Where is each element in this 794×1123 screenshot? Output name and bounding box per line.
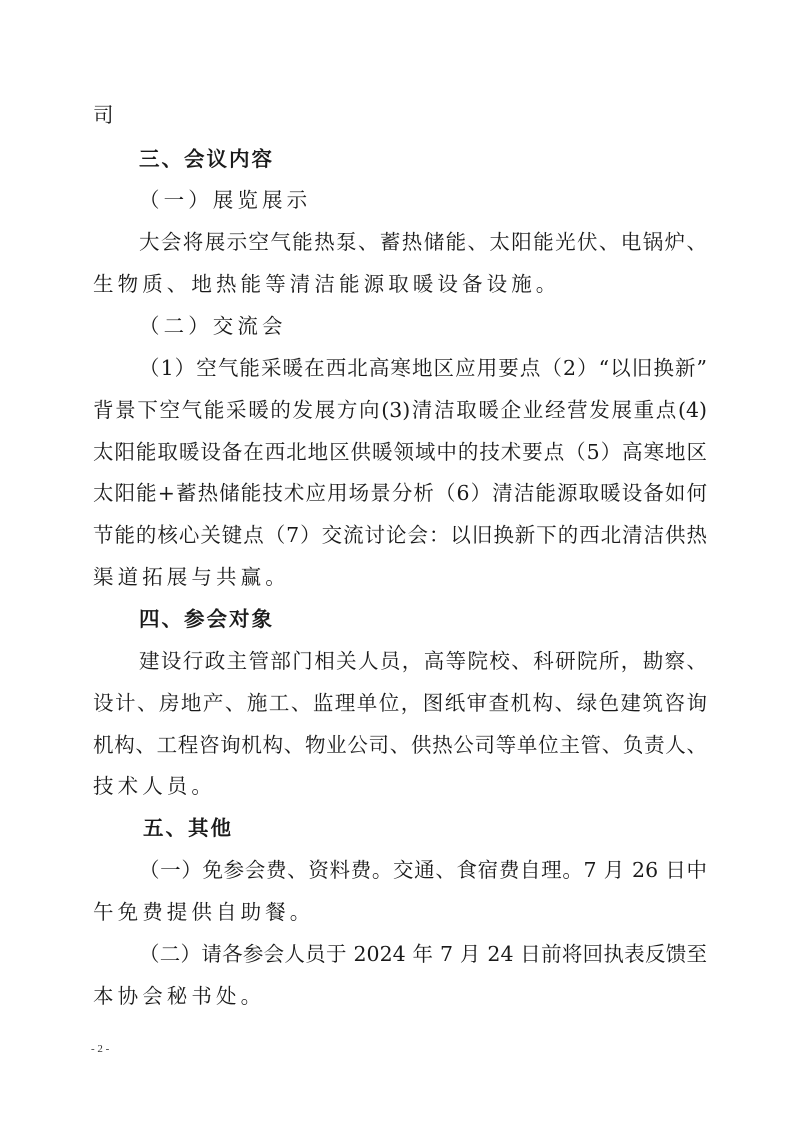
paragraph-line: 本协会秘书处。 xyxy=(93,982,265,1010)
paragraph-line: 节能的核心关键点（7）交流讨论会：以旧换新下的西北清洁供热 xyxy=(93,521,707,549)
paragraph-line: 建设行政主管部门相关人员，高等院校、科研院所，勘察、 xyxy=(139,647,707,675)
paragraph-line: 生物质、地热能等清洁能源取暖设备设施。 xyxy=(93,270,560,298)
section-heading-attendees: 四、参会对象 xyxy=(139,605,274,633)
paragraph-line: （二）请各参会人员于 2024 年 7 月 24 日前将回执表反馈至 xyxy=(139,940,707,968)
paragraph-line: 机构、工程咨询机构、物业公司、供热公司等单位主管、负责人、 xyxy=(93,731,707,759)
paragraph-line: （一）免参会费、资料费。交通、食宿费自理。7 月 26 日中 xyxy=(139,856,707,884)
paragraph-line: 太阳能+蓄热储能技术应用场景分析（6）清洁能源取暖设备如何 xyxy=(93,479,707,507)
continued-text-line: 司 xyxy=(93,101,118,129)
paragraph-line: 大会将展示空气能热泵、蓄热储能、太阳能光伏、电锅炉、 xyxy=(139,228,707,256)
paragraph-line: （1）空气能采暖在西北高寒地区应用要点（2）“以旧换新” xyxy=(139,354,707,382)
paragraph-line: 渠道拓展与共赢。 xyxy=(93,563,290,591)
subheading-exchange-meeting: （二）交流会 xyxy=(139,312,287,340)
paragraph-line: 背景下空气能采暖的发展方向(3)清洁取暖企业经营发展重点(4) xyxy=(93,396,707,424)
paragraph-line: 设计、房地产、施工、监理单位，图纸审查机构、绿色建筑咨询 xyxy=(93,689,707,717)
subheading-exhibition: （一）展览展示 xyxy=(139,186,311,214)
paragraph-line: 太阳能取暖设备在西北地区供暖领域中的技术要点（5）高寒地区 xyxy=(93,438,707,466)
section-heading-other: 五、其他 xyxy=(143,814,233,842)
paragraph-line: 技术人员。 xyxy=(93,772,216,800)
paragraph-line: 午免费提供自助餐。 xyxy=(93,898,314,926)
section-heading-meeting-content: 三、会议内容 xyxy=(139,145,274,173)
page-number: - 2 - xyxy=(91,1043,109,1055)
